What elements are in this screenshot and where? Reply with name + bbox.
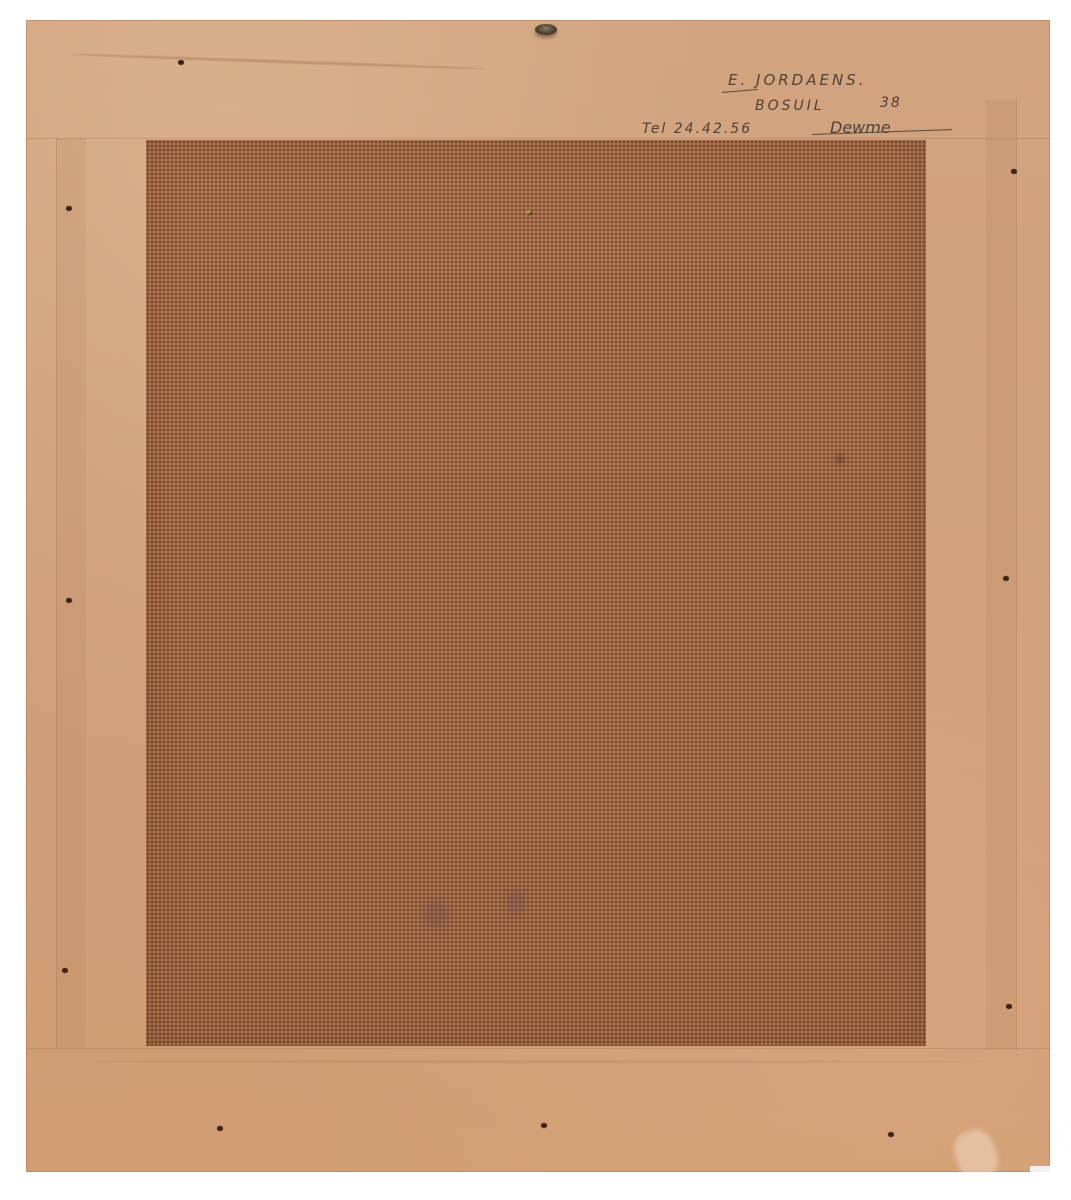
screw-eye-hanger-icon [535, 24, 557, 35]
nail-hole [66, 206, 72, 211]
tape-seam-top [26, 138, 1050, 139]
inscription-name: E. JORDAENS. [728, 71, 866, 89]
nail-hole [178, 60, 184, 65]
nail-hole [66, 598, 72, 603]
tape-scuff [949, 1125, 1004, 1186]
tape-strip-left [56, 138, 86, 1048]
inscription-street: BOSUIL [755, 98, 825, 114]
tape-wrinkle [66, 53, 486, 71]
nail-hole [1003, 576, 1009, 581]
tape-seam-right [1016, 100, 1017, 1050]
smudge [506, 890, 526, 914]
nail-hole [217, 1126, 223, 1131]
nail-hole [541, 1123, 547, 1128]
tape-strip-right [986, 100, 1016, 1050]
nail-hole [888, 1132, 894, 1137]
tape-wrinkle-2 [86, 1060, 986, 1063]
inscription-house-number: 38 [880, 95, 902, 111]
smudge [424, 900, 448, 928]
nail-hole [1006, 1004, 1012, 1009]
speck [526, 210, 531, 214]
inscription-signature: Dewme [830, 118, 891, 137]
smudge [836, 455, 844, 463]
frame-corner-chip [1030, 1166, 1050, 1172]
nail-hole [1011, 169, 1017, 174]
tape-seam-bottom [26, 1048, 1050, 1049]
nail-hole [62, 968, 68, 973]
hardboard-backing-panel [146, 140, 926, 1046]
inscription-telephone: Tel 24.42.56 [642, 121, 752, 137]
